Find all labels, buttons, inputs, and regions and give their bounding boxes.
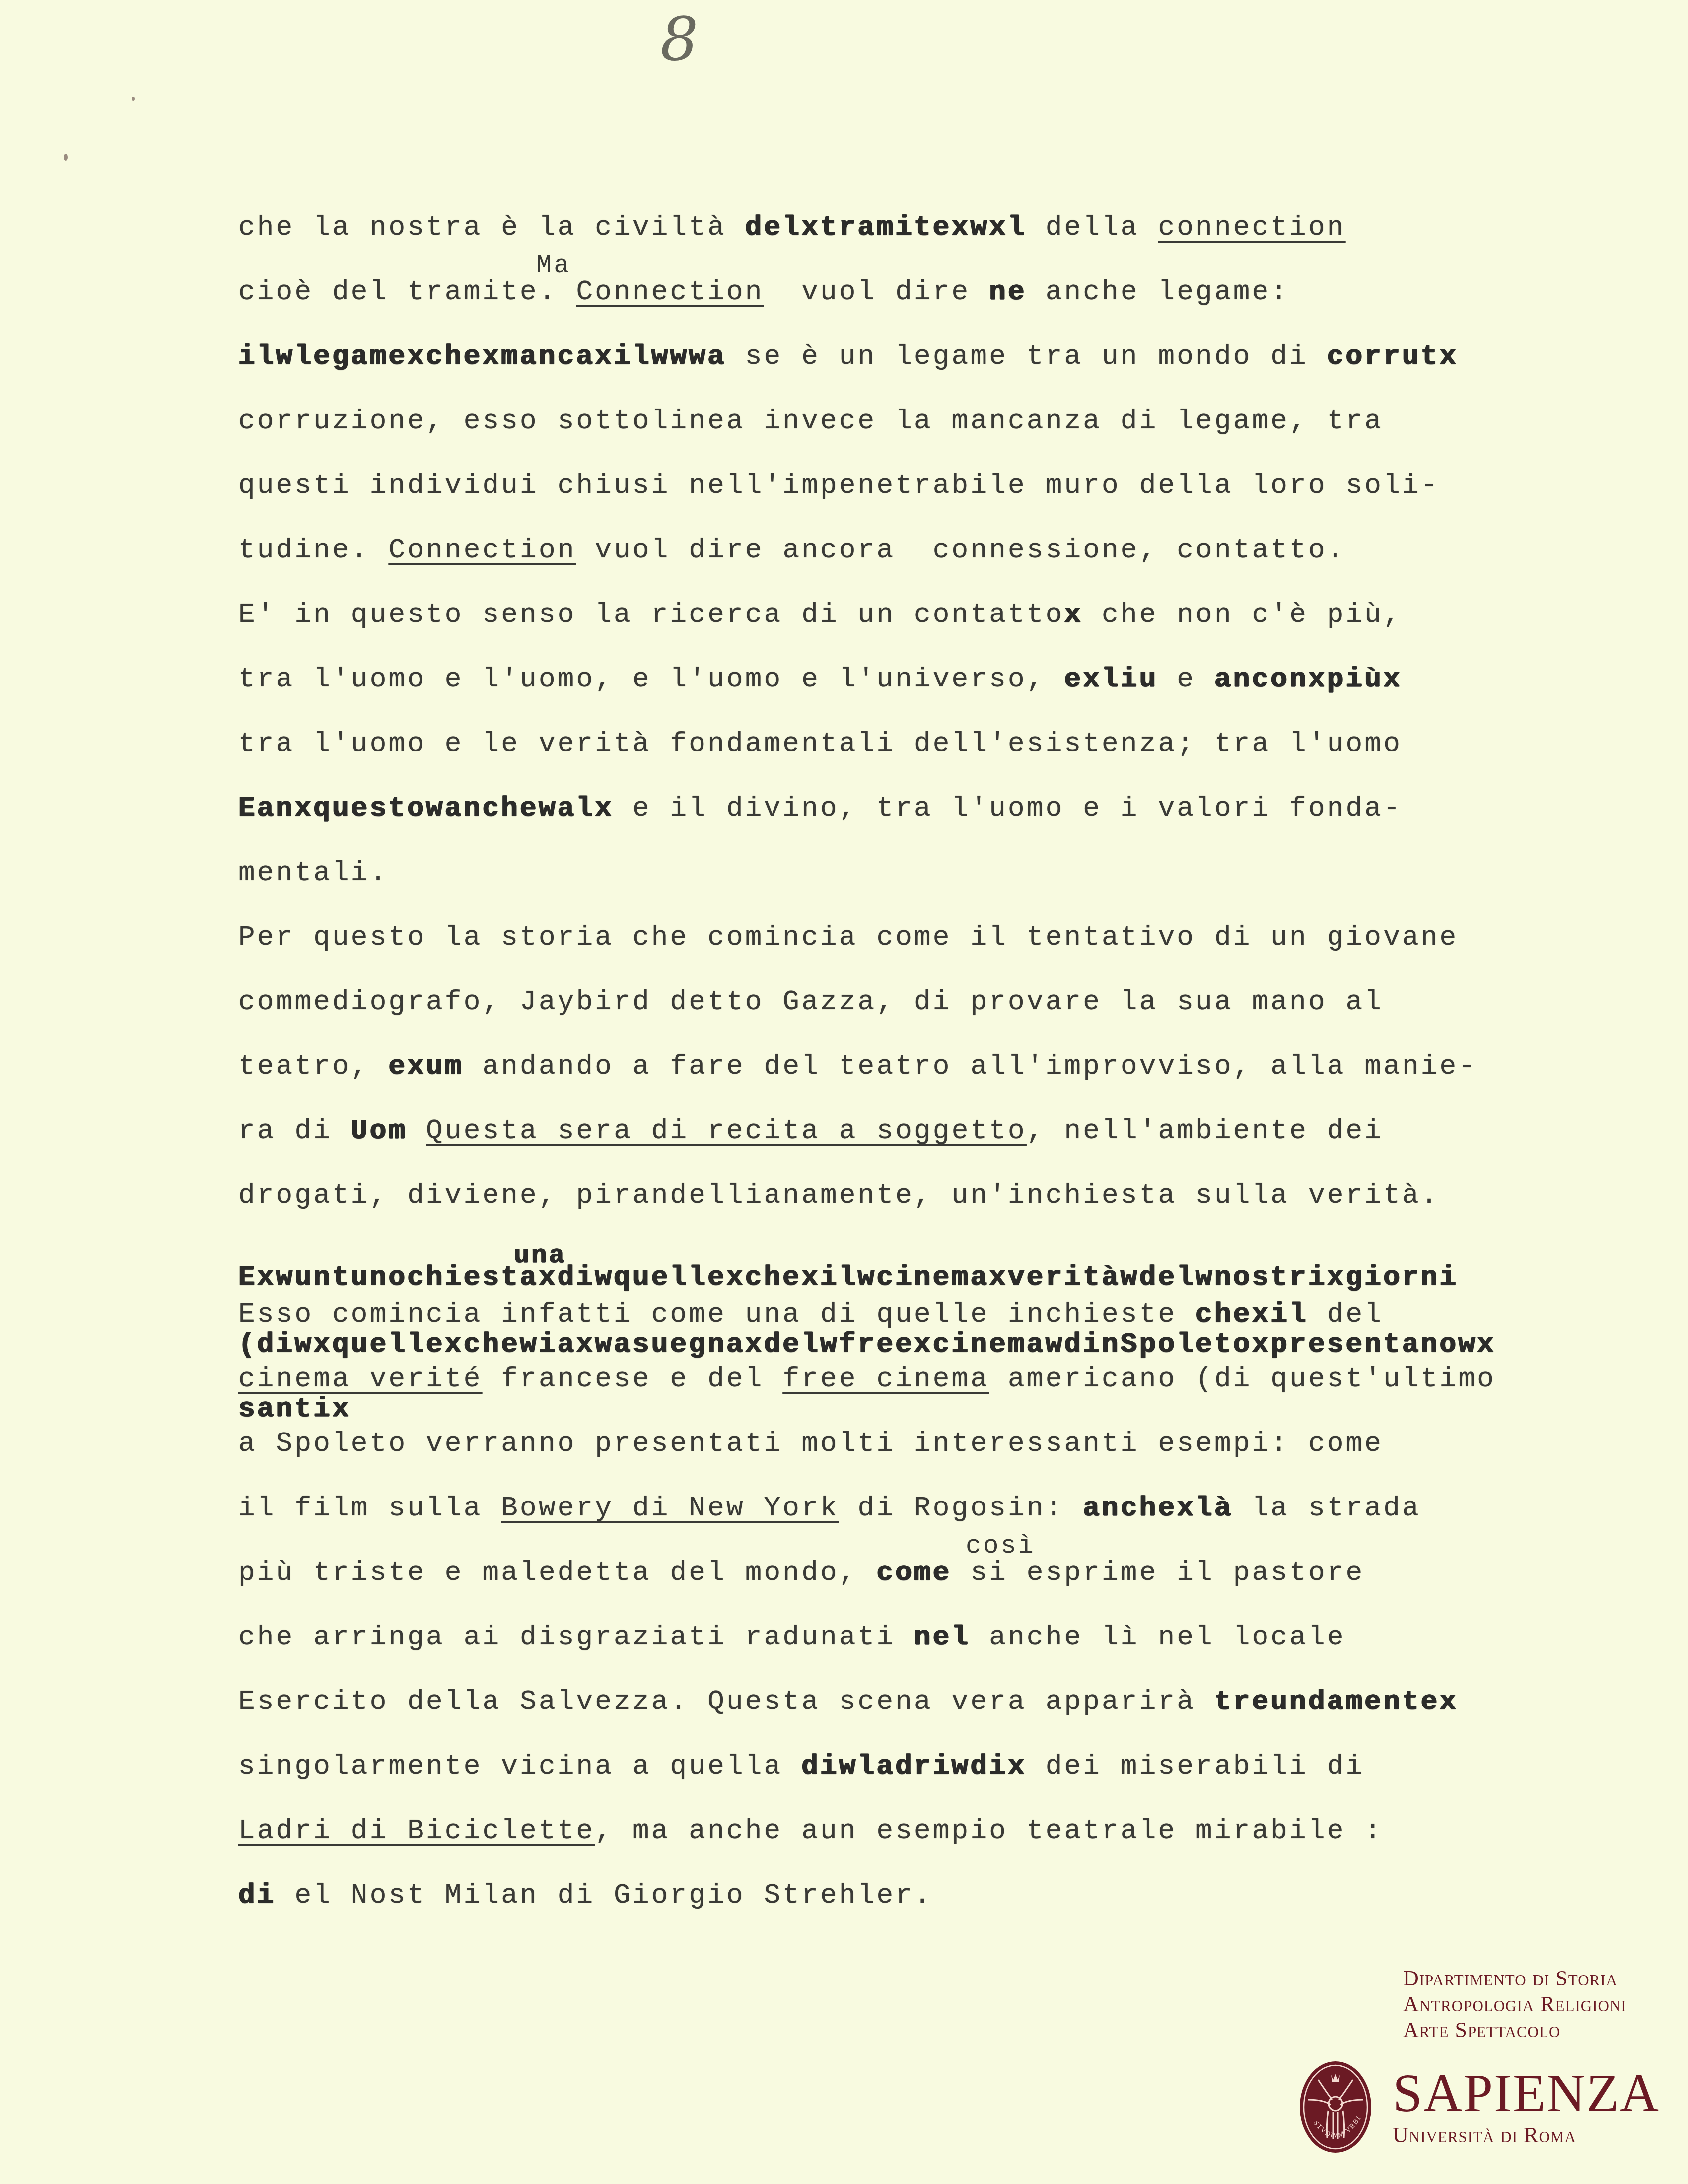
text-run: drogati, diviene, pirandellianamente, un… [238, 1179, 1440, 1211]
underlined-title: cinema verité [238, 1363, 482, 1395]
struck-out-text: anconxpiùx [1214, 663, 1402, 695]
university-logo: STVDIVM VRBIS Sapienza Università di Rom… [1298, 2060, 1660, 2154]
struck-out-text: exliu [1064, 663, 1158, 695]
text-run: teatro, [238, 1050, 388, 1082]
struck-out-text: Eanxquestowanchewalx [238, 792, 614, 824]
struck-out-text: delxtramitexwxl [745, 211, 1027, 243]
text-run: E' in questo senso la ricerca di un cont… [238, 599, 1064, 630]
struck-out-text: di [238, 1879, 276, 1911]
text-run: si esprime il pastore [952, 1557, 1365, 1588]
typed-line: santix [238, 1395, 351, 1423]
text-run: ra di [238, 1115, 351, 1147]
struck-out-text: treundamentex [1214, 1686, 1458, 1717]
department-line: Arte Spettacolo [1403, 2017, 1627, 2043]
text-run: cioè del tramite. [238, 276, 576, 308]
struck-out-text: (diwxquellexchewiaxwasuegnaxdelwfreexcin… [238, 1328, 1496, 1360]
typed-line: ra di Uom Questa sera di recita a sogget… [238, 1117, 1383, 1145]
typed-line: a Spoleto verranno presentati molti inte… [238, 1430, 1383, 1457]
text-run: la strada [1233, 1492, 1421, 1524]
underlined-title: Questa sera di recita a soggetto [426, 1115, 1027, 1147]
interlinear-insertion: Ma [536, 251, 571, 280]
text-run: del [1308, 1298, 1383, 1330]
text-run: più triste e maledetta del mondo, [238, 1557, 876, 1588]
typed-line: tudine. Connection vuol dire ancora conn… [238, 536, 1346, 564]
text-run: dei miserabili di [1027, 1750, 1365, 1782]
text-run: di Rogosin: [839, 1492, 1083, 1524]
text-run: commediografo, Jaybird detto Gazza, di p… [238, 986, 1383, 1018]
department-line: Dipartimento di Storia [1403, 1966, 1627, 1991]
typed-line: Eanxquestowanchewalx e il divino, tra l'… [238, 794, 1402, 822]
text-run: andando a fare del teatro all'improvviso… [464, 1050, 1477, 1082]
underlined-title: Connection [388, 534, 576, 566]
text-run: che la nostra è la civiltà [238, 211, 745, 243]
struck-out-text: ne [989, 276, 1027, 308]
typed-line: Esercito della Salvezza. Questa scena ve… [238, 1688, 1458, 1715]
text-run: anche lì nel locale [970, 1621, 1345, 1653]
text-run: e il divino, tra l'uomo e i valori fonda… [614, 792, 1402, 824]
typed-line: Per questo la storia che comincia come i… [238, 923, 1458, 951]
typed-line: più triste e maledetta del mondo, come s… [238, 1559, 1364, 1586]
struck-out-text: anchexlà [1083, 1492, 1233, 1524]
text-run: della [1027, 211, 1158, 243]
struck-out-text: x [1064, 599, 1083, 630]
text-run: Esercito della Salvezza. Questa scena ve… [238, 1686, 1214, 1717]
university-name: Sapienza [1393, 2067, 1660, 2120]
text-run: tra l'uomo e l'uomo, e l'uomo e l'univer… [238, 663, 1064, 695]
underlined-title: Ladri di Biciclette [238, 1815, 595, 1846]
text-run: Esso comincia infatti come una di quelle… [238, 1298, 1196, 1330]
text-run: francese e del [482, 1363, 782, 1395]
text-run: mentali. [238, 857, 388, 888]
struck-out-text: santix [238, 1393, 351, 1425]
typed-line: (diwxquellexchewiaxwasuegnaxdelwfreexcin… [238, 1330, 1496, 1358]
text-run: americano (di quest'ultimo [989, 1363, 1496, 1395]
struck-out-text: Exwuntunochiestaxdiwquellexchexilwcinema… [238, 1261, 1458, 1293]
struck-out-text: Uom [351, 1115, 407, 1147]
typed-line: il film sulla Bowery di New York di Rogo… [238, 1494, 1421, 1522]
text-run: che arringa ai disgraziati radunati [238, 1621, 914, 1653]
typed-line: che arringa ai disgraziati radunati nel … [238, 1623, 1346, 1651]
university-subtitle: Università di Roma [1393, 2122, 1660, 2148]
typed-line: tra l'uomo e le verità fondamentali dell… [238, 730, 1402, 757]
text-run: , nell'ambiente dei [1027, 1115, 1383, 1147]
text-run: tra l'uomo e le verità fondamentali dell… [238, 728, 1402, 759]
margin-speck [132, 97, 135, 101]
struck-out-text: exum [388, 1050, 463, 1082]
text-run: corruzione, esso sottolinea invece la ma… [238, 405, 1383, 437]
text-run: che non c'è più, [1083, 599, 1402, 630]
text-run: el Nost Milan di Giorgio Strehler. [276, 1879, 933, 1911]
typed-line: Ladri di Biciclette, ma anche aun esempi… [238, 1817, 1383, 1844]
struck-out-text: nel [914, 1621, 970, 1653]
text-run: a Spoleto verranno presentati molti inte… [238, 1428, 1383, 1459]
typed-line: Exwuntunochiestaxdiwquellexchexilwcinema… [238, 1263, 1458, 1291]
typed-line: di el Nost Milan di Giorgio Strehler. [238, 1881, 933, 1909]
text-run: vuol dire ancora connessione, contatto. [576, 534, 1346, 566]
typed-line: questi individui chiusi nell'impenetrabi… [238, 472, 1440, 499]
typed-line: cinema verité francese e del free cinema… [238, 1365, 1496, 1393]
typed-line: E' in questo senso la ricerca di un cont… [238, 601, 1402, 628]
department-header: Dipartimento di Storia Antropologia Reli… [1403, 1966, 1627, 2043]
text-run: , ma anche aun esempio teatrale mirabile… [595, 1815, 1383, 1846]
typed-line: drogati, diviene, pirandellianamente, un… [238, 1181, 1440, 1209]
text-run: singolarmente vicina a quella [238, 1750, 801, 1782]
text-run: anche legame: [1027, 276, 1289, 308]
interlinear-insertion: così [966, 1531, 1036, 1561]
typed-line: che la nostra è la civiltà delxtramitexw… [238, 213, 1346, 241]
typed-line: commediografo, Jaybird detto Gazza, di p… [238, 988, 1383, 1016]
sapienza-seal-icon: STVDIVM VRBIS [1298, 2060, 1373, 2154]
text-run [407, 1115, 426, 1147]
typed-line: cioè del tramite. Connection vuol dire n… [238, 278, 1289, 306]
struck-out-text: ilwlegamexchexmancaxilwwwa [238, 341, 726, 372]
typed-line: teatro, exum andando a fare del teatro a… [238, 1052, 1477, 1080]
struck-out-text: chexil [1196, 1298, 1308, 1330]
text-run: Per questo la storia che comincia come i… [238, 921, 1458, 953]
text-run: se è un legame tra un mondo di [726, 341, 1327, 372]
text-run: questi individui chiusi nell'impenetrabi… [238, 470, 1440, 501]
text-run: e [1158, 663, 1214, 695]
underlined-title: free cinema [782, 1363, 989, 1395]
struck-out-text: diwladriwdix [801, 1750, 1027, 1782]
underlined-title: connection [1158, 211, 1345, 243]
typed-line: ilwlegamexchexmancaxilwwwa se è un legam… [238, 342, 1458, 370]
department-line: Antropologia Religioni [1403, 1991, 1627, 2017]
typed-line: tra l'uomo e l'uomo, e l'uomo e l'univer… [238, 665, 1402, 693]
text-run: vuol dire [764, 276, 989, 308]
page-number: 8 [660, 10, 698, 69]
typed-line: Esso comincia infatti come una di quelle… [238, 1300, 1383, 1328]
underlined-title: Connection [576, 276, 764, 308]
typed-line: corruzione, esso sottolinea invece la ma… [238, 407, 1383, 435]
underlined-title: Bowery di New York [501, 1492, 839, 1524]
typed-line: singolarmente vicina a quella diwladriwd… [238, 1752, 1364, 1780]
struck-out-text: come [876, 1557, 951, 1588]
interlinear-insertion: una [514, 1241, 566, 1270]
text-run: tudine. [238, 534, 388, 566]
struck-out-text: corrutx [1327, 341, 1459, 372]
typed-line: mentali. [238, 859, 388, 887]
margin-speck [64, 154, 68, 161]
text-run: il film sulla [238, 1492, 501, 1524]
